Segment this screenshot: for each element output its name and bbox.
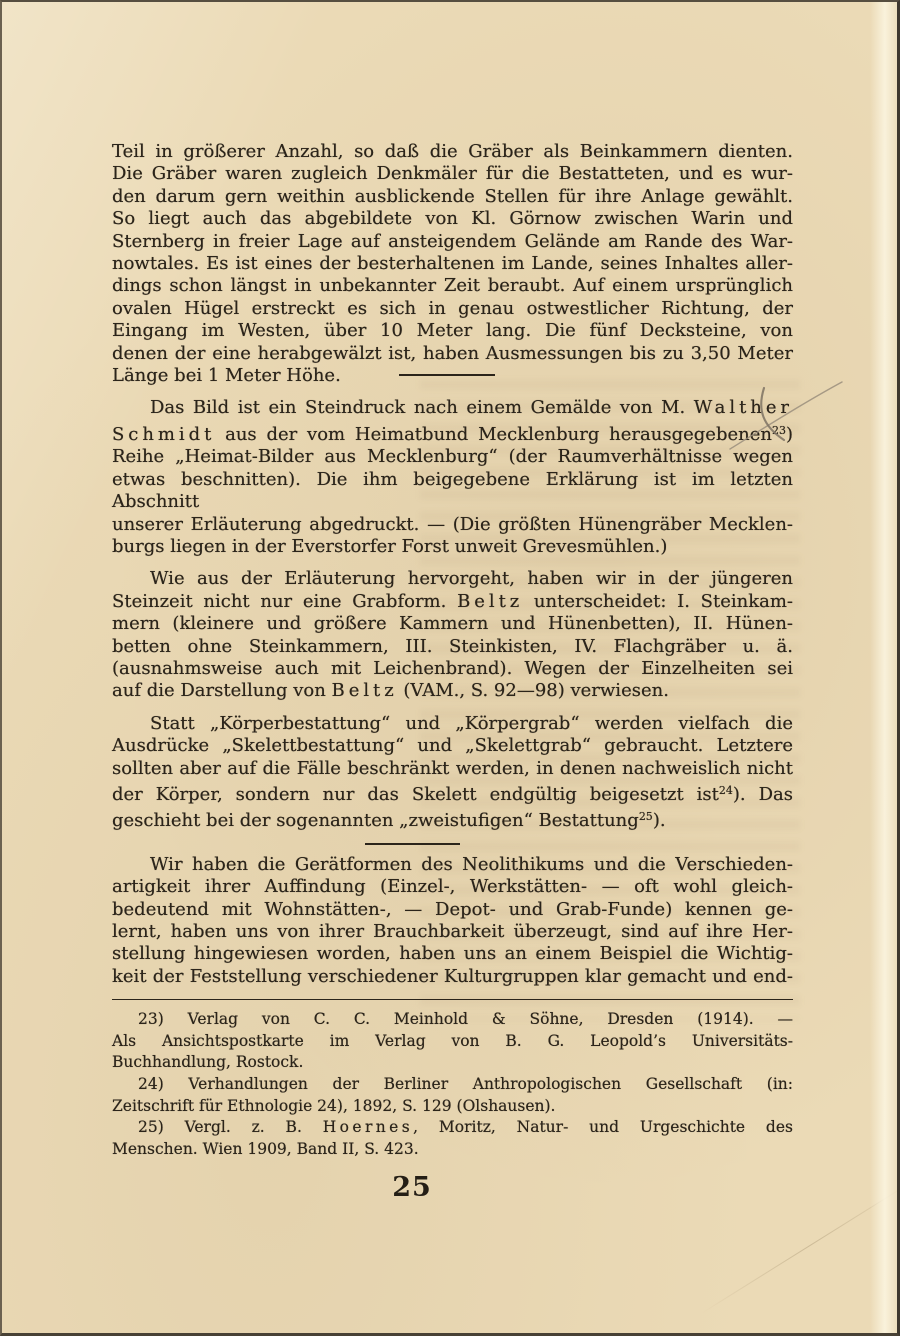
text-segment: unterscheidet: I. Steinkam- (523, 591, 793, 612)
page-edge-highlight (870, 0, 897, 1336)
text-line: nowtales. Es ist eines der besterhaltene… (112, 253, 793, 275)
text-line: Die Gräber waren zugleich Denkmäler für … (112, 163, 793, 185)
pencil-stroke-curved (761, 388, 784, 440)
paragraph-2: Das Bild ist ein Steindruck nach einem G… (112, 397, 793, 558)
text-line: Als Ansichtspostkarte im Verlag von B. G… (112, 1031, 793, 1053)
footnote-23: 23) Verlag von C. C. Meinhold & Söhne, D… (112, 1009, 793, 1074)
trailing-rule (399, 374, 495, 376)
text-line: Eingang im Westen, über 10 Meter lang. D… (112, 320, 793, 342)
text-line: mern (kleinere und größere Kammern und H… (112, 613, 793, 635)
text-line: 25) Vergl. z. B. Hoernes, Moritz, Natur-… (112, 1117, 793, 1139)
text-line: bedeutend mit Wohnstätten-, — Depot- und… (112, 899, 793, 921)
text-segment: burgs liegen in der Everstorfer Forst un… (112, 536, 667, 557)
text-segment: Zeitschrift für Ethnologie 24), 1892, S.… (112, 1097, 555, 1115)
text-line: Buchhandlung, Rostock. (112, 1052, 793, 1074)
text-line: sollten aber auf die Fälle beschränkt we… (112, 758, 793, 780)
text-line: keit der Feststellung verschiedener Kult… (112, 966, 793, 988)
text-line: unserer Erläuterung abgedruckt. — (Die g… (112, 514, 793, 536)
letterspaced-name: Beltz (332, 680, 398, 701)
text-segment: den darum gern weithin ausblickende Stel… (112, 186, 793, 207)
text-line: 23) Verlag von C. C. Meinhold & Söhne, D… (112, 1009, 793, 1031)
text-segment: Wir haben die Gerätformen des Neolithiku… (150, 854, 793, 875)
paragraph-5: Wir haben die Gerätformen des Neolithiku… (112, 854, 793, 988)
text-line: Zeitschrift für Ethnologie 24), 1892, S.… (112, 1096, 793, 1118)
text-segment: geschieht bei der sogenannten „zweistufi… (112, 810, 639, 831)
text-segment: Ausdrücke „Skelettbestattung“ und „Skele… (112, 735, 793, 756)
text-segment: nowtales. Es ist eines der besterhaltene… (112, 253, 793, 274)
text-line: Steinzeit nicht nur eine Grabform. Beltz… (112, 591, 793, 613)
text-segment: Das Bild ist ein Steindruck nach einem G… (150, 397, 694, 418)
text-segment: stellung hingewiesen worden, haben uns a… (112, 943, 793, 964)
text-line: Ausdrücke „Skelettbestattung“ und „Skele… (112, 735, 793, 757)
text-line: Wir haben die Gerätformen des Neolithiku… (112, 854, 793, 876)
text-line: Schmidt aus der vom Heimatbund Mecklenbu… (112, 420, 793, 446)
text-segment: auf die Darstellung von (112, 680, 332, 701)
text-line: auf die Darstellung von Beltz (VAM., S. … (112, 680, 793, 702)
text-segment: Eingang im Westen, über 10 Meter lang. D… (112, 320, 793, 341)
paragraph-4: Statt „Körperbestattung“ und „Körpergrab… (112, 713, 793, 833)
text-line: denen der eine herabgewälzt ist, haben A… (112, 343, 793, 365)
text-line: stellung hingewiesen worden, haben uns a… (112, 943, 793, 965)
text-segment: ). (653, 810, 666, 831)
text-line: Das Bild ist ein Steindruck nach einem G… (112, 397, 793, 419)
text-line: dings schon längst in unbekannter Zeit b… (112, 275, 793, 297)
text-line: artigkeit ihrer Auffindung (Einzel-, Wer… (112, 876, 793, 898)
text-segment: Teil in größerer Anzahl, so daß die Gräb… (112, 141, 793, 162)
text-segment: ovalen Hügel erstreckt es sich in genau … (112, 298, 793, 319)
paragraph-3: Wie aus der Erläuterung hervorgeht, habe… (112, 568, 793, 702)
text-segment: 25) Vergl. z. B. (138, 1118, 323, 1136)
text-segment: Statt „Körperbestattung“ und „Körpergrab… (150, 713, 793, 734)
text-segment: lernt, haben uns von ihrer Brauchbarkeit… (112, 921, 793, 942)
text-line: Teil in größerer Anzahl, so daß die Gräb… (112, 141, 793, 163)
text-segment: , Moritz, Natur- und Urgeschichte des (413, 1118, 793, 1136)
pencil-stroke-long (730, 382, 842, 449)
text-segment: denen der eine herabgewälzt ist, haben A… (112, 343, 793, 364)
text-line: lernt, haben uns von ihrer Brauchbarkeit… (112, 921, 793, 943)
text-segment: Sternberg in freier Lage auf ansteigende… (112, 231, 793, 252)
text-segment: Steinzeit nicht nur eine Grabform. (112, 591, 457, 612)
footnote-marker: 24 (719, 784, 733, 797)
text-line: (ausnahmsweise auch mit Leichenbrand). W… (112, 658, 793, 680)
text-segment: unserer Erläuterung abgedruckt. — (Die g… (112, 514, 793, 535)
letterspaced-name: Beltz (457, 591, 523, 612)
text-line: ovalen Hügel erstreckt es sich in genau … (112, 298, 793, 320)
text-line: So liegt auch das abgebildete von Kl. Gö… (112, 208, 793, 230)
text-segment: dings schon längst in unbekannter Zeit b… (112, 275, 793, 296)
text-segment: der Körper, sondern nur das Skelett endg… (112, 784, 719, 805)
text-segment: (ausnahmsweise auch mit Leichenbrand). W… (112, 658, 793, 679)
text-segment: Reihe „Heimat-Bilder aus Mecklenburg“ (d… (112, 446, 793, 467)
text-segment: artigkeit ihrer Auffindung (Einzel-, Wer… (112, 876, 793, 897)
text-segment: (VAM., S. 92—98) verwiesen. (398, 680, 669, 701)
text-segment: 24) Verhandlungen der Berliner Anthropol… (138, 1075, 793, 1093)
text-line: Statt „Körperbestattung“ und „Körpergrab… (112, 713, 793, 735)
footnote-marker: 25 (639, 810, 653, 823)
text-line: betten ohne Steinkammern, III. Steinkist… (112, 636, 793, 658)
text-segment: etwas beschnitten). Die ihm beigegebene … (112, 469, 793, 512)
text-segment: sollten aber auf die Fälle beschränkt we… (112, 758, 793, 779)
text-line: Sternberg in freier Lage auf ansteigende… (112, 231, 793, 253)
footnote-separator (112, 999, 793, 1000)
text-segment: Die Gräber waren zugleich Denkmäler für … (112, 163, 793, 184)
text-segment: aus der vom Heimatbund Mecklenburg herau… (215, 424, 772, 445)
text-segment: Buchhandlung, Rostock. (112, 1053, 303, 1071)
text-line: Wie aus der Erläuterung hervorgeht, habe… (112, 568, 793, 590)
text-line: Länge bei 1 Meter Höhe. (112, 365, 793, 387)
footnote-24: 24) Verhandlungen der Berliner Anthropol… (112, 1074, 793, 1117)
text-line: den darum gern weithin ausblickende Stel… (112, 186, 793, 208)
text-block: Teil in größerer Anzahl, so daß die Gräb… (112, 141, 793, 1160)
text-segment: ). Das (733, 784, 793, 805)
text-line: Reihe „Heimat-Bilder aus Mecklenburg“ (d… (112, 446, 793, 468)
text-segment: betten ohne Steinkammern, III. Steinkist… (112, 636, 793, 657)
text-line: burgs liegen in der Everstorfer Forst un… (112, 536, 793, 558)
text-segment: mern (kleinere und größere Kammern und H… (112, 613, 793, 634)
letterspaced-name: Hoernes (323, 1118, 413, 1136)
text-line: der Körper, sondern nur das Skelett endg… (112, 780, 793, 806)
text-line: geschieht bei der sogenannten „zweistufi… (112, 806, 793, 832)
page-number: 25 (112, 1172, 712, 1203)
paragraph-1: Teil in größerer Anzahl, so daß die Gräb… (112, 141, 793, 387)
text-line: etwas beschnitten). Die ihm beigegebene … (112, 469, 793, 514)
text-segment: Menschen. Wien 1909, Band II, S. 423. (112, 1140, 419, 1158)
book-page: Teil in größerer Anzahl, so daß die Gräb… (0, 0, 900, 1336)
text-segment: Als Ansichtspostkarte im Verlag von B. G… (112, 1032, 793, 1050)
footnote-25: 25) Vergl. z. B. Hoernes, Moritz, Natur-… (112, 1117, 793, 1160)
text-segment: bedeutend mit Wohnstätten-, — Depot- und… (112, 899, 793, 920)
text-segment: So liegt auch das abgebildete von Kl. Gö… (112, 208, 793, 229)
text-segment: Wie aus der Erläuterung hervorgeht, habe… (150, 568, 793, 589)
text-segment: keit der Feststellung verschiedener Kult… (112, 966, 793, 987)
text-segment: Länge bei 1 Meter Höhe. (112, 365, 341, 386)
text-segment: 23) Verlag von C. C. Meinhold & Söhne, D… (138, 1010, 793, 1028)
pencil-x-mark (722, 372, 852, 457)
section-divider (365, 843, 460, 845)
text-line: Menschen. Wien 1909, Band II, S. 423. (112, 1139, 793, 1161)
letterspaced-name: Schmidt (112, 424, 215, 445)
text-line: 24) Verhandlungen der Berliner Anthropol… (112, 1074, 793, 1096)
